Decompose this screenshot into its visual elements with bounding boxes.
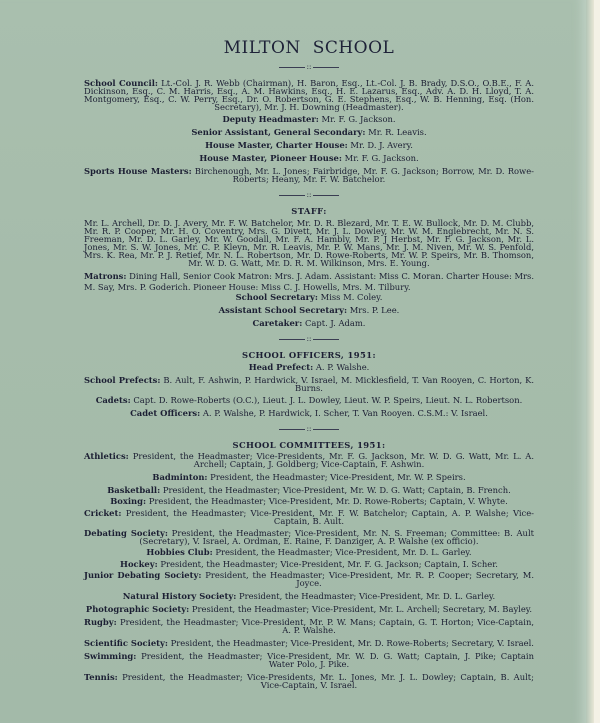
committee-badminton: Badminton: President, the Headmaster; Vi… bbox=[84, 473, 534, 481]
committee-boxing: Boxing: President, the Headmaster; Vice-… bbox=[84, 497, 534, 505]
caretaker: Caretaker: Capt. J. Adam. bbox=[84, 319, 534, 327]
committees-list: Athletics: President, the Headmaster; Vi… bbox=[84, 452, 534, 689]
committee-athletics: Athletics: President, the Headmaster; Vi… bbox=[84, 452, 534, 468]
head-prefect: Head Prefect: A. P. Walshe. bbox=[84, 363, 534, 371]
page-content: MILTON SCHOOL :: School Council: Lt.-Col… bbox=[84, 0, 534, 689]
sports-house-masters: Sports House Masters: Birchenough, Mr. L… bbox=[84, 167, 534, 183]
committee-natural-history-society: Natural History Society: President, the … bbox=[84, 592, 534, 600]
school-council: School Council: Lt.-Col. J. R. Webb (Cha… bbox=[84, 79, 534, 111]
staff-heading: STAFF: bbox=[84, 207, 534, 215]
committee-tennis: Tennis: President, the Headmaster; Vice-… bbox=[84, 673, 534, 689]
matrons: Matrons: Dining Hall, Senior Cook Matron… bbox=[84, 271, 534, 293]
ornamental-divider: :: bbox=[84, 424, 534, 434]
committee-hockey: Hockey: President, the Headmaster; Vice-… bbox=[84, 560, 534, 568]
committee-cricket: Cricket: President, the Headmaster; Vice… bbox=[84, 509, 534, 525]
committee-junior-debating-society: Junior Debating Society: President, the … bbox=[84, 571, 534, 587]
committee-scientific-society: Scientific Society: President, the Headm… bbox=[84, 639, 534, 647]
committee-debating-society: Debating Society: President, the Headmas… bbox=[84, 529, 534, 545]
cadet-officers: Cadet Officers: A. P. Walshe, P. Hardwic… bbox=[84, 409, 534, 417]
officers-heading: SCHOOL OFFICERS, 1951: bbox=[84, 351, 534, 359]
house-master-pioneer: House Master, Pioneer House: Mr. F. G. J… bbox=[84, 154, 534, 162]
committee-basketball: Basketball: President, the Headmaster; V… bbox=[84, 486, 534, 494]
committee-rugby: Rugby: President, the Headmaster; Vice-P… bbox=[84, 618, 534, 634]
committee-swimming: Swimming: President, the Headmaster; Vic… bbox=[84, 652, 534, 668]
ornamental-divider: :: bbox=[84, 334, 534, 344]
school-secretary: School Secretary: Miss M. Coley. bbox=[84, 293, 534, 301]
cadets: Cadets: Capt. D. Rowe-Roberts (O.C.), Li… bbox=[84, 396, 534, 404]
deputy-headmaster: Deputy Headmaster: Mr. F. G. Jackson. bbox=[84, 115, 534, 123]
page-title: MILTON SCHOOL bbox=[84, 38, 534, 58]
ornamental-divider: :: bbox=[84, 190, 534, 200]
staff-list: Mr. L. Archell, Dr. D. J. Avery, Mr. F. … bbox=[84, 219, 534, 267]
school-prefects: School Prefects: B. Ault, F. Ashwin, P. … bbox=[84, 376, 534, 392]
committee-hobbies-club: Hobbies Club: President, the Headmaster;… bbox=[84, 548, 534, 556]
ornamental-divider: :: bbox=[84, 62, 534, 72]
committees-heading: SCHOOL COMMITTEES, 1951: bbox=[84, 441, 534, 449]
scanned-page: MILTON SCHOOL :: School Council: Lt.-Col… bbox=[0, 0, 588, 723]
senior-assistant: Senior Assistant, General Secondary: Mr.… bbox=[84, 128, 534, 136]
committee-photographic-society: Photographic Society: President, the Hea… bbox=[84, 605, 534, 613]
assistant-school-secretary: Assistant School Secretary: Mrs. P. Lee. bbox=[84, 306, 534, 314]
house-master-charter: House Master, Charter House: Mr. D. J. A… bbox=[84, 141, 534, 149]
